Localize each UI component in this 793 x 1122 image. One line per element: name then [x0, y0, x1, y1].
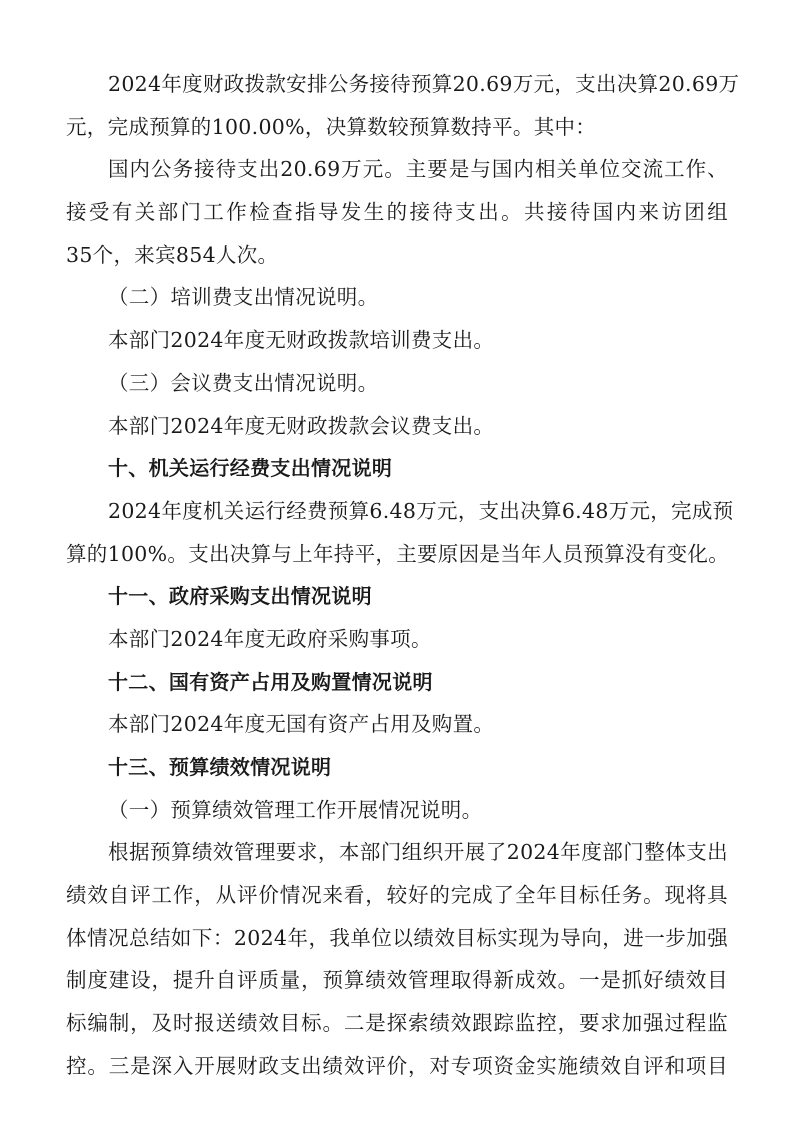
paragraph-line: 制度建设，提升自评质量，预算绩效管理取得新成效。一是抓好绩效目 [66, 959, 728, 1002]
subheading-performance-management: （一）预算绩效管理工作开展情况说明。 [66, 789, 728, 832]
document-page: 2024年度财政拨款安排公务接待预算20.69万元，支出决算20.69万 元，完… [66, 63, 728, 1088]
subheading-training-fees: （二）培训费支出情况说明。 [66, 276, 728, 319]
paragraph-line: 本部门2024年度无政府采购事项。 [66, 618, 728, 661]
paragraph-line: 控。三是深入开展财政支出绩效评价，对专项资金实施绩效自评和项目 [66, 1045, 728, 1088]
heading-section-13: 十三、预算绩效情况说明 [66, 746, 728, 789]
paragraph-line: 体情况总结如下：2024年，我单位以绩效目标实现为导向，进一步加强 [66, 917, 728, 960]
paragraph-line: 根据预算绩效管理要求，本部门组织开展了2024年度部门整体支出 [66, 831, 728, 874]
paragraph-line: 元，完成预算的100.00%，决算数较预算数持平。其中： [66, 106, 728, 149]
paragraph-line: 本部门2024年度无国有资产占用及购置。 [66, 703, 728, 746]
paragraph-line: 2024年度财政拨款安排公务接待预算20.69万元，支出决算20.69万 [66, 63, 728, 106]
subheading-meeting-fees: （三）会议费支出情况说明。 [66, 362, 728, 405]
paragraph-line: 绩效自评工作，从评价情况来看，较好的完成了全年目标任务。现将具 [66, 874, 728, 917]
paragraph-line: 标编制，及时报送绩效目标。二是探索绩效跟踪监控，要求加强过程监 [66, 1002, 728, 1045]
paragraph-line: 国内公务接待支出20.69万元。主要是与国内相关单位交流工作、 [66, 148, 728, 191]
paragraph-line: 接受有关部门工作检查指导发生的接待支出。共接待国内来访团组 [66, 191, 728, 234]
paragraph-line: 本部门2024年度无财政拨款培训费支出。 [66, 319, 728, 362]
paragraph-line: 本部门2024年度无财政拨款会议费支出。 [66, 405, 728, 448]
paragraph-line: 2024年度机关运行经费预算6.48万元，支出决算6.48万元，完成预 [66, 490, 728, 533]
paragraph-line: 35个，来宾854人次。 [66, 234, 728, 277]
heading-section-10: 十、机关运行经费支出情况说明 [66, 447, 728, 490]
paragraph-line: 算的100%。支出决算与上年持平，主要原因是当年人员预算没有变化。 [66, 533, 728, 576]
heading-section-12: 十二、国有资产占用及购置情况说明 [66, 661, 728, 704]
heading-section-11: 十一、政府采购支出情况说明 [66, 575, 728, 618]
